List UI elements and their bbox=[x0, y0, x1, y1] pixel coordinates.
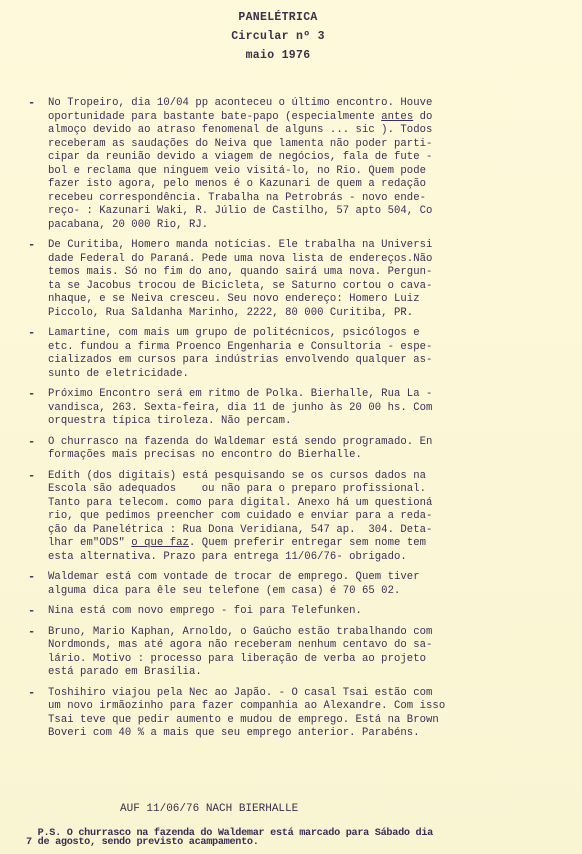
text-line: pacabana, 20 000 Rio, RJ. bbox=[48, 219, 568, 233]
text-line: Tsai teve que pedir aumento e mudou de e… bbox=[48, 714, 568, 728]
text-line: esta alternativa. Prazo para entrega 11/… bbox=[48, 551, 568, 565]
text-line: fazer isto agora, pelo menos é o Kazunar… bbox=[48, 178, 568, 192]
news-item: -Lamartine, com mais um grupo de politéc… bbox=[28, 327, 568, 381]
news-item: -Nina está com novo emprego - foi para T… bbox=[28, 605, 568, 619]
text-line: receberam as saudações do Neiva que lame… bbox=[48, 138, 568, 152]
dash-bullet-icon: - bbox=[28, 327, 35, 341]
text-line: Waldemar está com vontade de trocar de e… bbox=[48, 571, 568, 585]
text-line: sunto de eletricidade. bbox=[48, 368, 568, 382]
news-items-list: -No Tropeiro, dia 10/04 pp aconteceu o ú… bbox=[28, 97, 568, 748]
text-line: está parado em Brasília. bbox=[48, 666, 568, 680]
dash-bullet-icon: - bbox=[28, 687, 35, 701]
document-header: PANELÉTRICA Circular nº 3 maio 1976 bbox=[198, 8, 358, 65]
text-line: almoço devido ao atraso fenomenal de alg… bbox=[48, 124, 568, 138]
dash-bullet-icon: - bbox=[28, 388, 35, 402]
text-line: Nordmonds, mas até agora não receberam n… bbox=[48, 639, 568, 653]
postscript: P.S. O churrasco na fazenda do Waldemar … bbox=[26, 829, 433, 847]
text-line: lário. Motivo : processo para liberação … bbox=[48, 653, 568, 667]
text-line: Toshihiro viajou pela Nec ao Japão. - O … bbox=[48, 687, 568, 701]
dash-bullet-icon: - bbox=[28, 436, 35, 450]
issue-date: maio 1976 bbox=[198, 46, 358, 65]
text-line: No Tropeiro, dia 10/04 pp aconteceu o úl… bbox=[48, 97, 568, 111]
text-line: Escola são adequados ou não para o prepa… bbox=[48, 483, 568, 497]
footer-announcement: AUF 11/06/76 NACH BIERHALLE bbox=[120, 802, 298, 816]
dash-bullet-icon: - bbox=[28, 97, 35, 111]
dash-bullet-icon: - bbox=[28, 239, 35, 253]
text-line: um novo irmãozinho para fazer companhia … bbox=[48, 700, 568, 714]
text-line: formações mais precisas no encontro do B… bbox=[48, 449, 568, 463]
text-line: O churrasco na fazenda do Waldemar está … bbox=[48, 436, 568, 450]
text-line: Lamartine, com mais um grupo de politécn… bbox=[48, 327, 568, 341]
underlined-emphasis: antes bbox=[381, 111, 413, 123]
text-line: De Curitiba, Homero manda notícias. Ele … bbox=[48, 239, 568, 253]
news-item: -De Curitiba, Homero manda notícias. Ele… bbox=[28, 239, 568, 320]
text-line: Bruno, Mario Kaphan, Arnoldo, o Gaúcho e… bbox=[48, 626, 568, 640]
text-line: bol e reclama que ninguem veio visitá-lo… bbox=[48, 165, 568, 179]
text-line: ta se Jacobus trocou de Bicicleta, se Sa… bbox=[48, 280, 568, 294]
text-line: temos mais. Só no fim do ano, quando sai… bbox=[48, 266, 568, 280]
postscript-line: 7 de agosto, sendo previsto acampamento. bbox=[26, 838, 433, 847]
dash-bullet-icon: - bbox=[28, 626, 35, 640]
text-line: ção da Panelétrica : Rua Dona Veridiana,… bbox=[48, 524, 568, 538]
text-line: cializados em cursos para indústrias env… bbox=[48, 354, 568, 368]
dash-bullet-icon: - bbox=[28, 470, 35, 484]
news-item: -Waldemar está com vontade de trocar de … bbox=[28, 571, 568, 598]
text-line: Próximo Encontro será em ritmo de Polka.… bbox=[48, 388, 568, 402]
document-page: PANELÉTRICA Circular nº 3 maio 1976 -No … bbox=[0, 0, 582, 854]
news-item: -Próximo Encontro será em ritmo de Polka… bbox=[28, 388, 568, 429]
text-line: Edith (dos digitais) está pesquisando se… bbox=[48, 470, 568, 484]
text-line: cipar da reunião devido a viagem de negó… bbox=[48, 151, 568, 165]
text-line: Piccolo, Rua Saldanha Marinho, 2222, 80 … bbox=[48, 307, 568, 321]
text-line: nhaque, e se Neiva cresceu. Seu novo end… bbox=[48, 293, 568, 307]
news-item: -O churrasco na fazenda do Waldemar está… bbox=[28, 436, 568, 463]
text-line: dade Federal do Paraná. Pede uma nova li… bbox=[48, 253, 568, 267]
text-line: Nina está com novo emprego - foi para Te… bbox=[48, 605, 568, 619]
text-line: orquestra típica tiroleza. Não percam. bbox=[48, 415, 568, 429]
text-line: reço- : Kazunari Waki, R. Júlio de Casti… bbox=[48, 205, 568, 219]
text-line: lhar em"ODS" o que faz. Quem preferir en… bbox=[48, 537, 568, 551]
news-item: -Toshihiro viajou pela Nec ao Japão. - O… bbox=[28, 687, 568, 741]
text-line: etc. fundou a firma Proenco Engenharia e… bbox=[48, 341, 568, 355]
underlined-emphasis: o que faz bbox=[131, 537, 189, 549]
text-line: Tanto para telecom. como para digital. A… bbox=[48, 497, 568, 511]
newsletter-title: PANELÉTRICA bbox=[198, 8, 358, 27]
dash-bullet-icon: - bbox=[28, 571, 35, 585]
text-line: oportunidade para bastante bate-papo (es… bbox=[48, 111, 568, 125]
news-item: -Edith (dos digitais) está pesquisando s… bbox=[28, 470, 568, 565]
circular-number: Circular nº 3 bbox=[198, 27, 358, 46]
dash-bullet-icon: - bbox=[28, 605, 35, 619]
text-line: recebeu correspondência. Trabalha na Pet… bbox=[48, 192, 568, 206]
text-line: Boveri com 40 % a mais que seu emprego a… bbox=[48, 727, 568, 741]
text-line: vandisca, 263. Sexta-feira, dia 11 de ju… bbox=[48, 402, 568, 416]
news-item: -Bruno, Mario Kaphan, Arnoldo, o Gaúcho … bbox=[28, 626, 568, 680]
text-line: alguma dica para êle seu telefone (em ca… bbox=[48, 585, 568, 599]
text-line: rio, que pedimos preencher com cuidado e… bbox=[48, 510, 568, 524]
news-item: -No Tropeiro, dia 10/04 pp aconteceu o ú… bbox=[28, 97, 568, 232]
